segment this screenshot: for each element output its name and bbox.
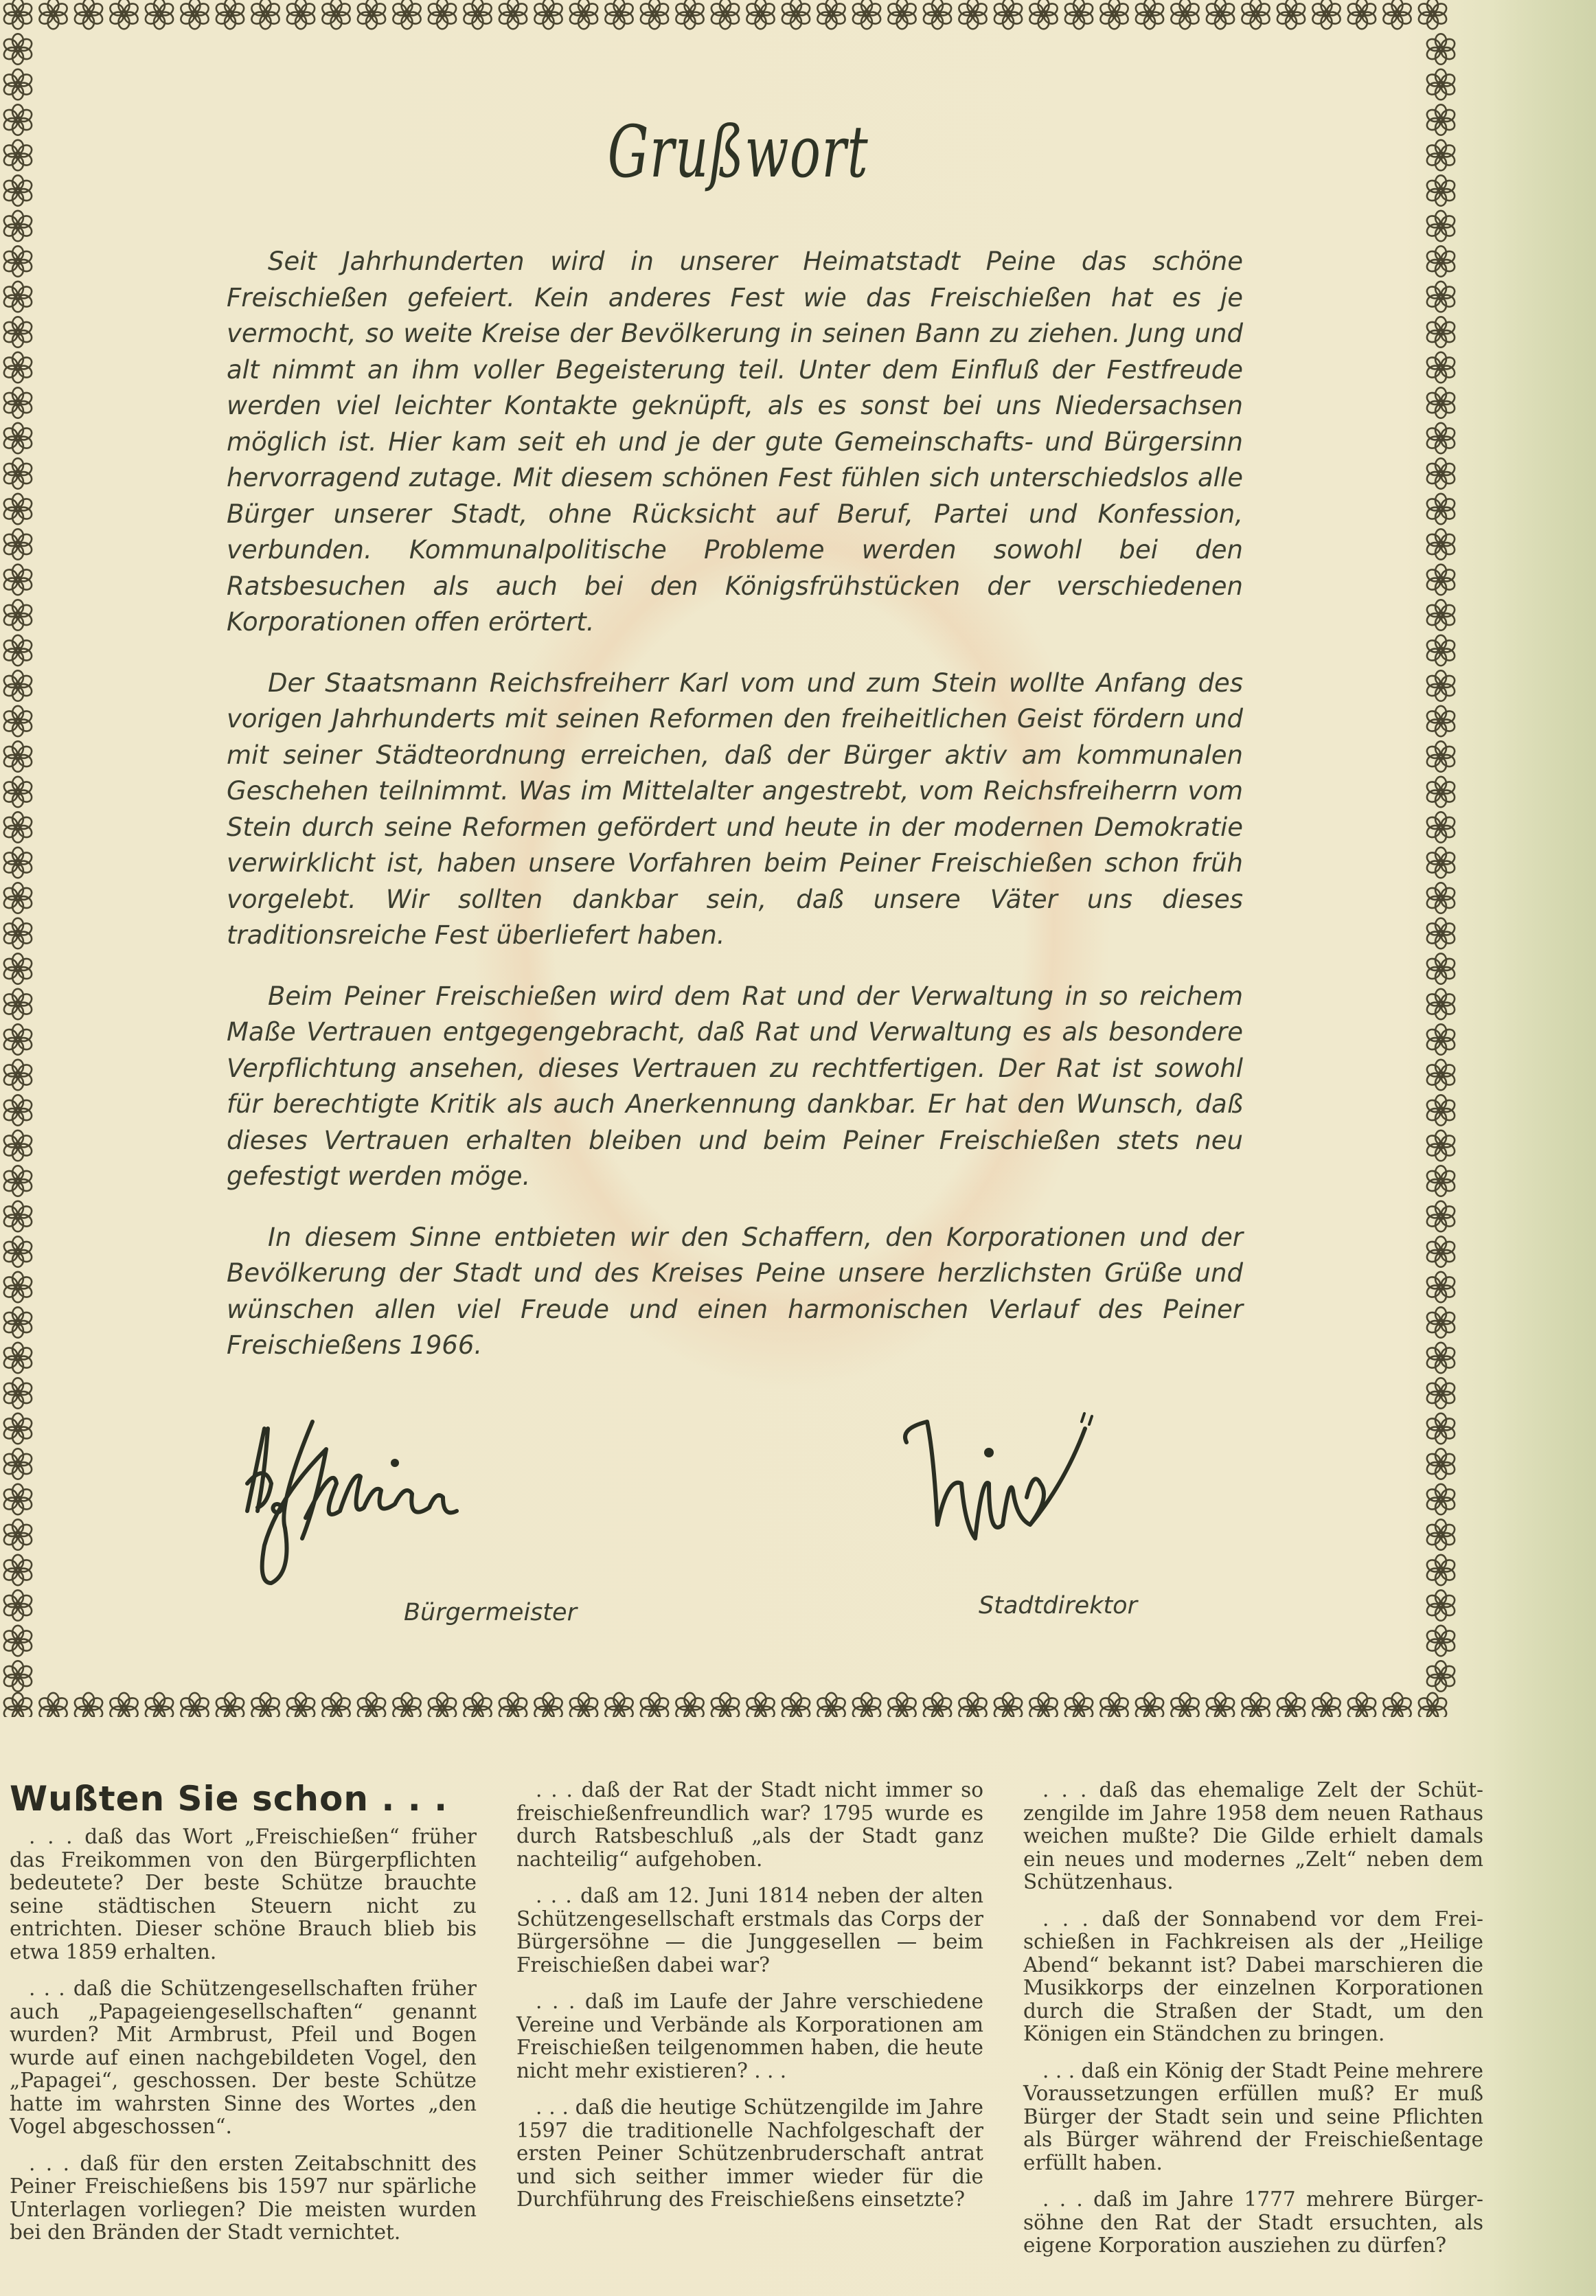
fact-item: . . . daß die Schützengesellschaften frü…: [10, 1977, 477, 2139]
fact-item: . . . daß das Wort „Freischießen“ früher…: [10, 1826, 477, 1964]
facts-column-1: . . . daß das Wort „Freischießen“ früher…: [10, 1826, 477, 2258]
fact-item: . . . daß das ehemalige Zelt der Schüt­z…: [1023, 1779, 1483, 1894]
mayor-signature: [237, 1408, 690, 1600]
signature-icon: [886, 1401, 1216, 1580]
director-signature: [886, 1401, 1216, 1580]
fact-item: . . . daß für den ersten Zeitabschnitt d…: [10, 2152, 477, 2244]
fact-item: . . . daß ein König der Stadt Peine meh­…: [1023, 2060, 1483, 2175]
greeting-body: Seit Jahrhunderten wird in unserer Heima…: [227, 244, 1243, 1389]
greeting-paragraph: Der Staatsmann Reichsfreiherr Karl vom u…: [227, 666, 1243, 954]
fact-item: . . . daß am 12. Juni 1814 neben der alt…: [516, 1885, 983, 1977]
facts-column-2: . . . daß der Rat der Stadt nicht immer …: [516, 1779, 983, 2225]
fact-item: . . . daß der Sonnabend vor dem Frei­sch…: [1023, 1908, 1483, 2046]
fact-item: . . . daß die heutige Schützengilde im J…: [516, 2096, 983, 2212]
signature-icon: [237, 1408, 690, 1600]
mayor-role-label: Bürgermeister: [404, 1599, 577, 1626]
facts-heading: Wußten Sie schon . . .: [10, 1779, 448, 1819]
fact-item: . . . daß im Jahre 1777 mehrere Bürger­s…: [1023, 2188, 1483, 2258]
director-role-label: Stadtdirektor: [979, 1592, 1137, 1619]
greeting-paragraph: Seit Jahrhunderten wird in unserer Heima…: [227, 244, 1243, 641]
fact-item: . . . daß im Laufe der Jahre verschiede­…: [516, 1990, 983, 2082]
greeting-paragraph: Beim Peiner Freischießen wird dem Rat un…: [227, 979, 1243, 1195]
greeting-paragraph: In diesem Sinne entbieten wir den Schaff…: [227, 1220, 1243, 1364]
fact-item: . . . daß der Rat der Stadt nicht immer …: [516, 1779, 983, 1871]
facts-column-3: . . . daß das ehemalige Zelt der Schüt­z…: [1023, 1779, 1483, 2271]
page-edge-shadow: [1493, 0, 1596, 2296]
page-title: Grußwort: [207, 110, 1270, 194]
